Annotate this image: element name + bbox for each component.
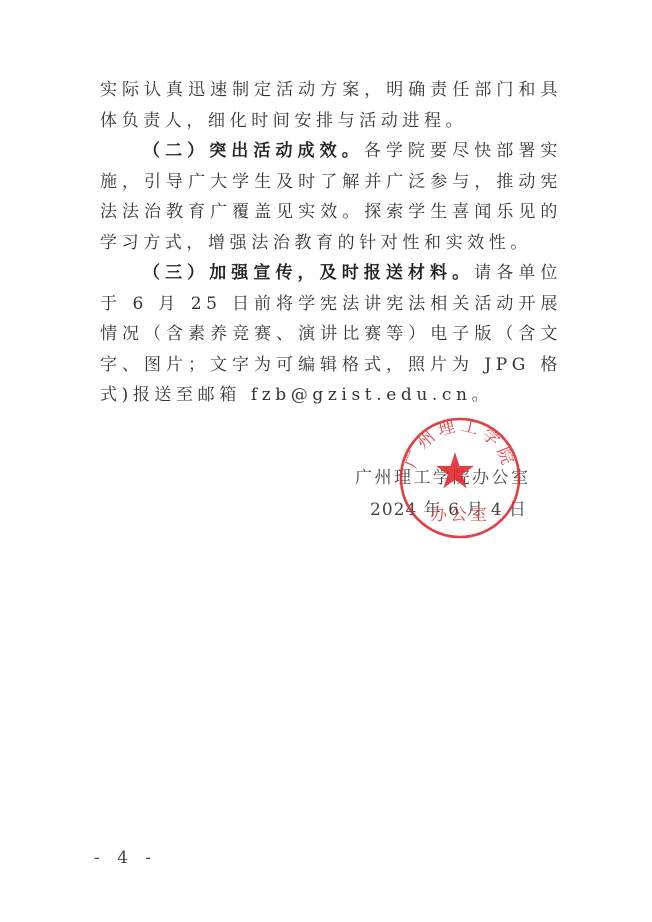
page-number: - 4 - [94,848,157,868]
paragraph-publicity-submission: （三）加强宣传，及时报送材料。请各单位于 6 月 25 日前将学宪法讲宪法相关活… [100,258,562,411]
paragraph-continued: 实际认真迅速制定活动方案，明确责任部门和具体负责人，细化时间安排与活动进程。 [100,75,562,136]
document-body: 实际认真迅速制定活动方案，明确责任部门和具体负责人，细化时间安排与活动进程。 （… [100,75,562,411]
seal-top-text: 广州理工学院 [401,416,519,471]
paragraph-text: 实际认真迅速制定活动方案，明确责任部门和具体负责人，细化时间安排与活动进程。 [100,80,562,131]
paragraph-text: 请各单位于 6 月 25 日前将学宪法讲宪法相关活动开展情况（含素养竞赛、演讲比… [100,263,562,405]
signature-organization: 广州理工学院办公室 [355,464,531,492]
svg-text:广州理工学院: 广州理工学院 [401,416,519,471]
paragraph-highlight-results: （二）突出活动成效。各学院要尽快部署实施，引导广大学生及时了解并广泛参与，推动宪… [100,136,562,258]
paragraph-heading: （二）突出活动成效。 [143,141,364,161]
document-page: 实际认真迅速制定活动方案，明确责任部门和具体负责人，细化时间安排与活动进程。 （… [0,0,652,922]
paragraph-heading: （三）加强宣传，及时报送材料。 [143,263,474,283]
signature-date: 2024 年 6 月 4 日 [370,496,527,524]
